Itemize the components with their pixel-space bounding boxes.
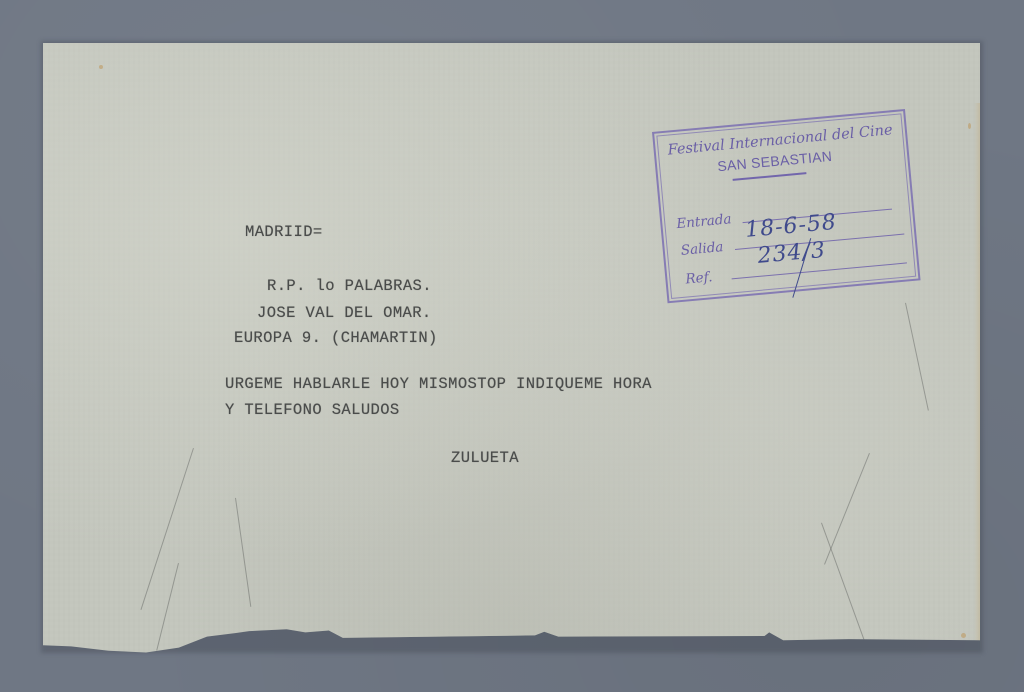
foxing-spot bbox=[961, 633, 966, 638]
crease-right-a bbox=[905, 303, 929, 411]
signature: ZULUETA bbox=[451, 449, 519, 467]
crease-left-a bbox=[140, 448, 193, 610]
crease-left-c bbox=[235, 498, 251, 607]
crease-right-c bbox=[824, 453, 870, 565]
stamp-label-ref: Ref. bbox=[685, 269, 713, 287]
recipient-line-2: JOSE VAL DEL OMAR. bbox=[257, 304, 432, 322]
origin-line: MADRIID= bbox=[245, 223, 323, 241]
festival-stamp: Festival Internacional del Cine SAN SEBA… bbox=[652, 109, 921, 303]
foxing-spot bbox=[968, 123, 971, 129]
message-line-2: Y TELEFONO SALUDOS bbox=[225, 401, 400, 419]
edge-stain bbox=[974, 103, 980, 643]
crease-right-b bbox=[821, 523, 866, 646]
recipient-line-1: R.P. lo PALABRAS. bbox=[267, 277, 432, 295]
message-line-1: URGEME HABLARLE HOY MISMOSTOP INDIQUEME … bbox=[225, 375, 652, 393]
crease-left-b bbox=[156, 563, 179, 651]
recipient-line-3: EUROPA 9. (CHAMARTIN) bbox=[234, 329, 438, 347]
foxing-spot bbox=[99, 65, 103, 69]
